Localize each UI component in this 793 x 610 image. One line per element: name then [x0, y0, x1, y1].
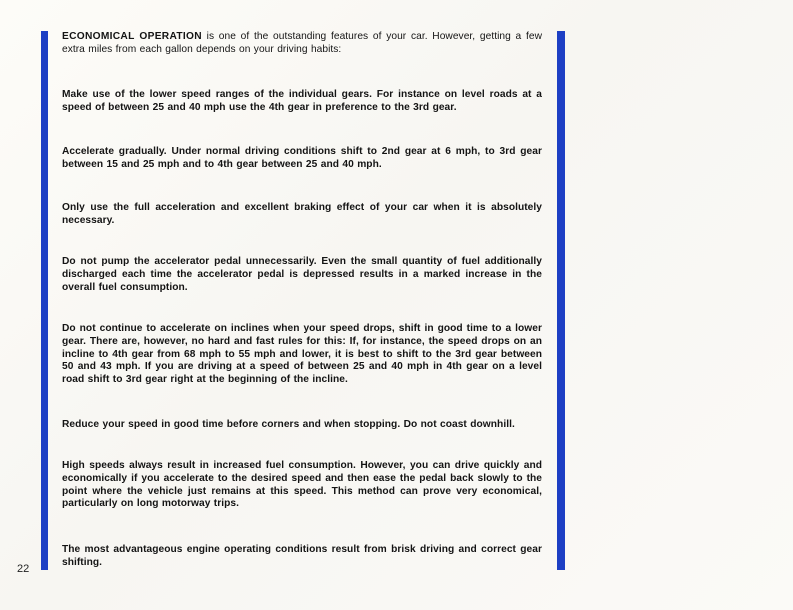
intro-paragraph: ECONOMICAL OPERATION is one of the outst… — [62, 31, 542, 57]
tip-paragraph: Make use of the lower speed ranges of th… — [62, 89, 542, 115]
section-heading: ECONOMICAL OPERATION — [62, 31, 202, 42]
tip-paragraph: Reduce your speed in good time before co… — [62, 419, 542, 432]
tip-paragraph: Only use the full acceleration and excel… — [62, 202, 542, 228]
page-number: 22 — [17, 563, 29, 575]
right-margin-bar — [557, 31, 565, 570]
tip-paragraph: Do not pump the accelerator pedal unnece… — [62, 256, 542, 294]
tip-paragraph: The most advantageous engine operating c… — [62, 544, 542, 570]
tip-paragraph: High speeds always result in increased f… — [62, 460, 542, 511]
left-margin-bar — [41, 31, 48, 570]
tip-paragraph: Accelerate gradually. Under normal drivi… — [62, 146, 542, 172]
tip-paragraph: Do not continue to accelerate on incline… — [62, 323, 542, 387]
